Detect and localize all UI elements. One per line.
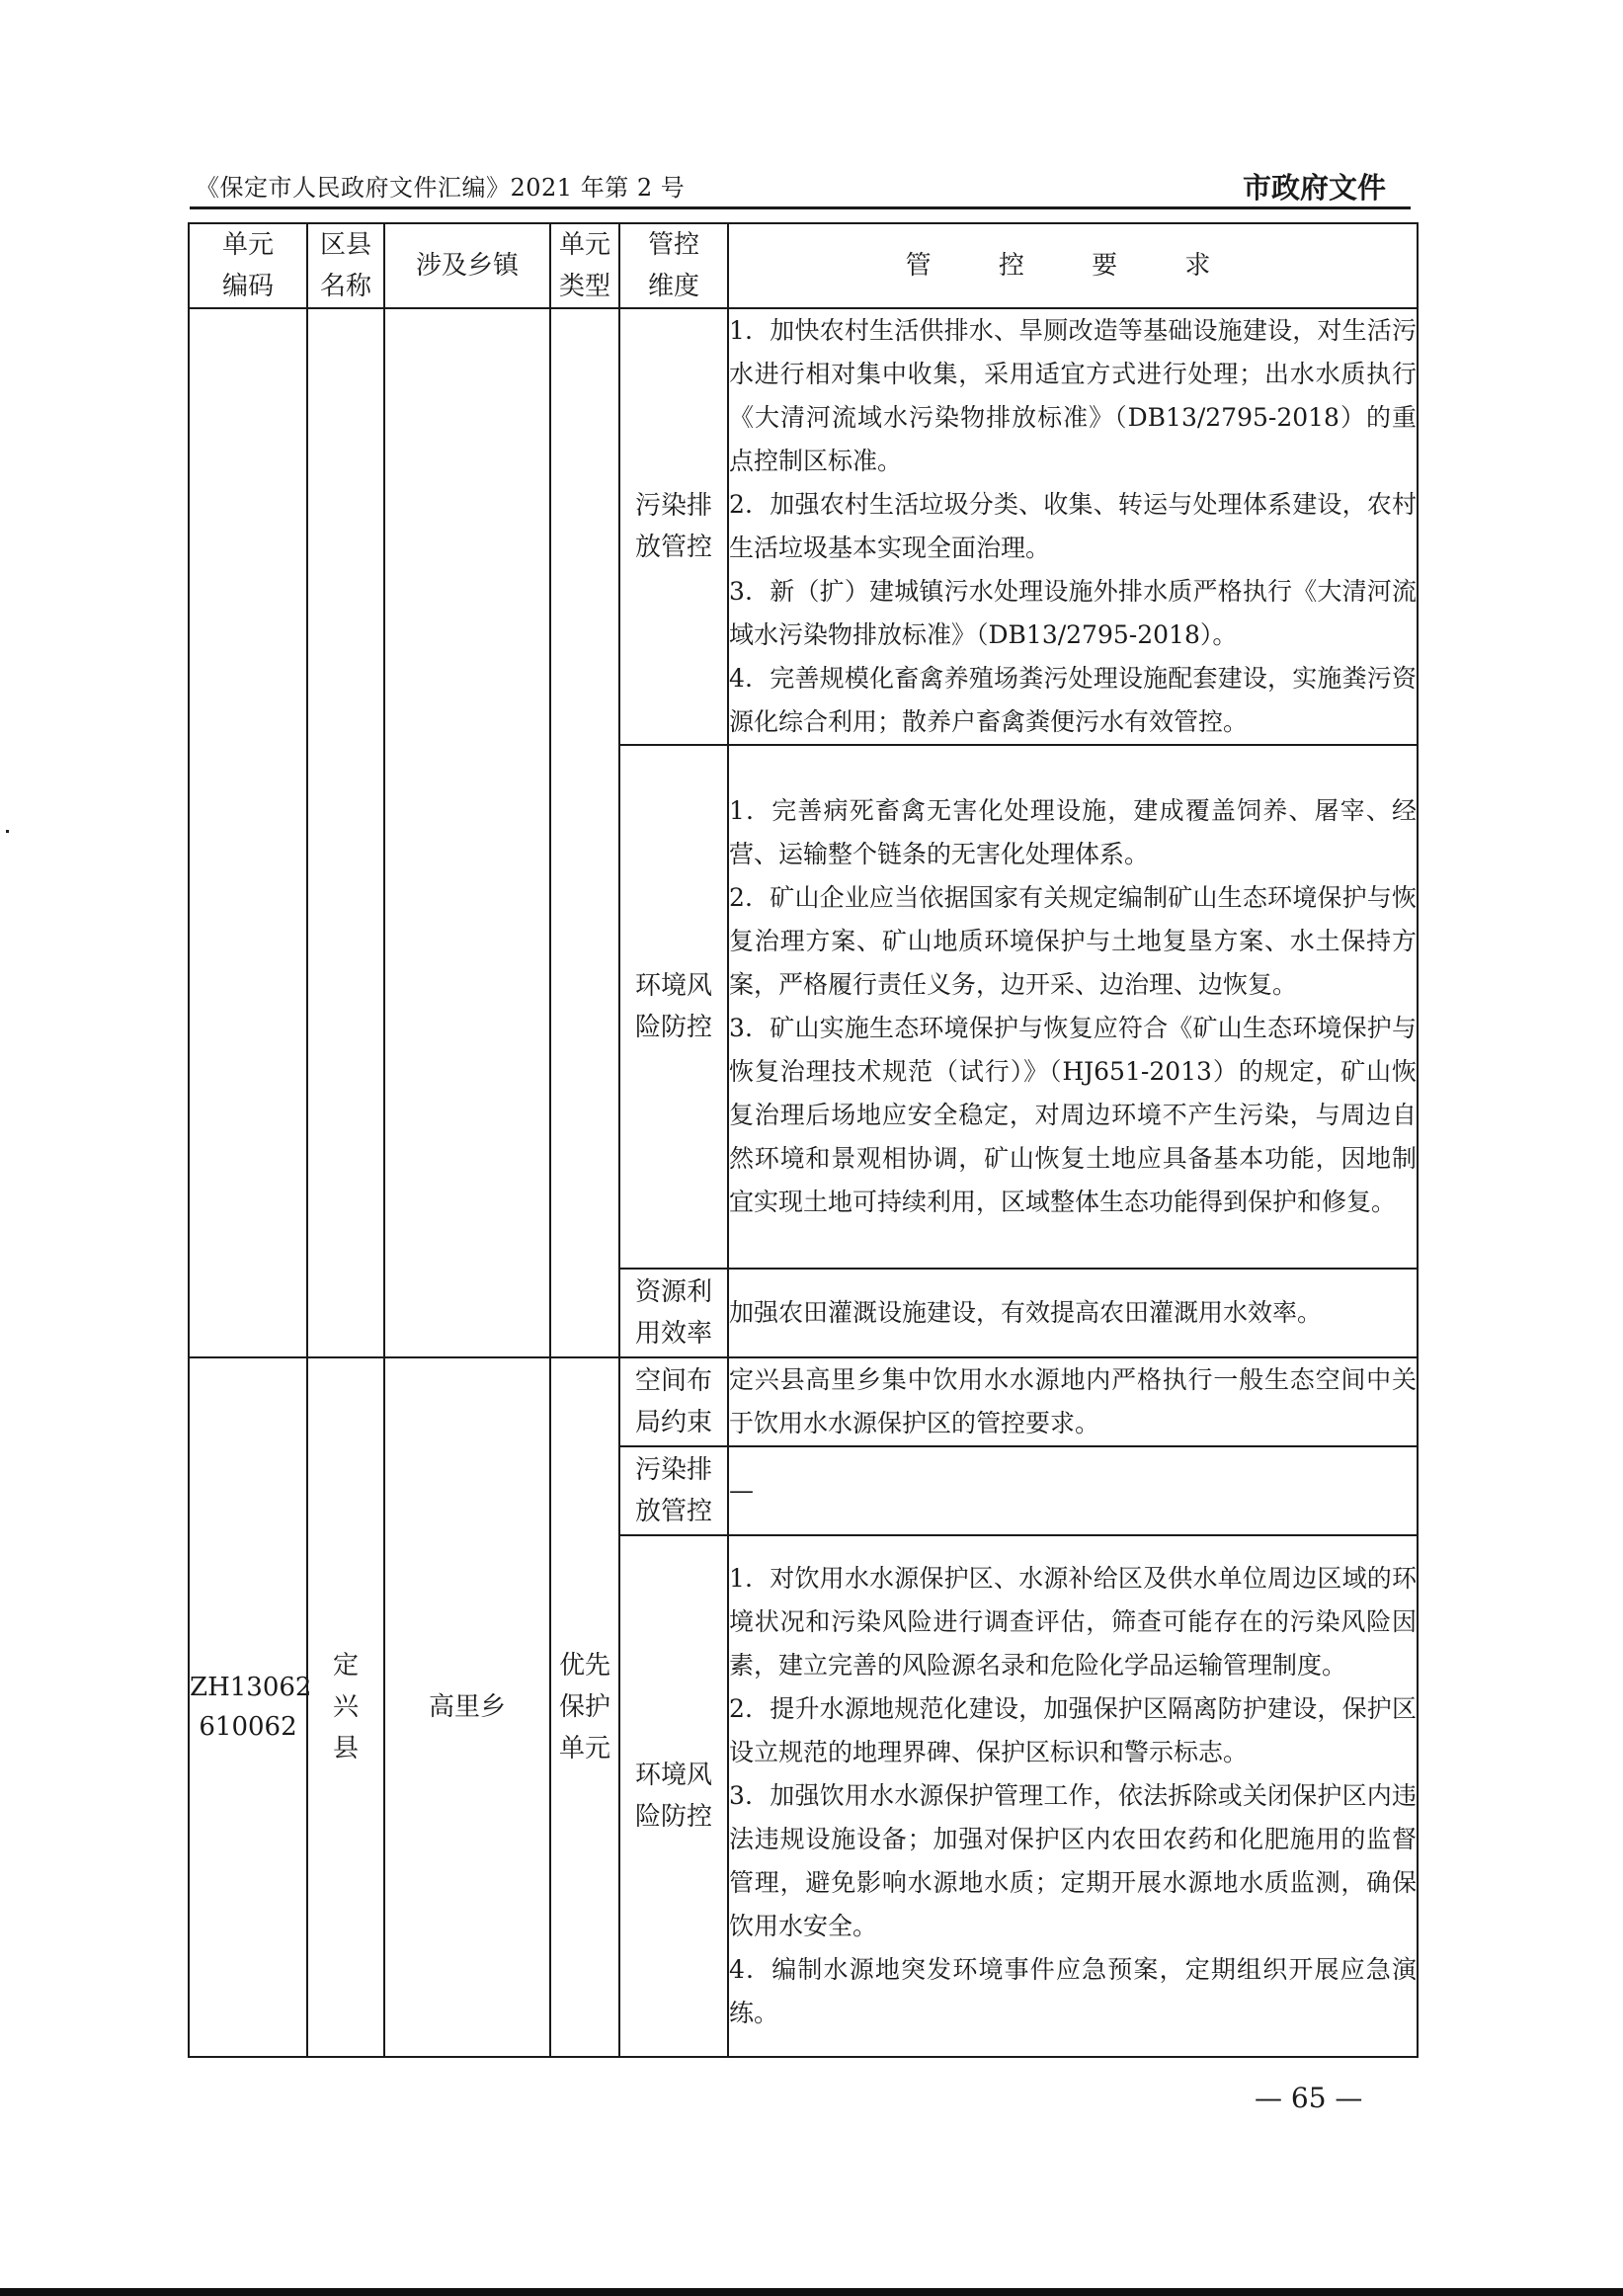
cell-township-continued [384,308,550,1357]
cell-county-continued [307,308,384,1357]
col-header-unit-type: 单元类型 [550,223,619,308]
table-row: ZH13062 610062 定兴县 高里乡 优先保护单元 空间布局约束 定兴县… [189,1357,1418,1446]
cell-unit-type: 优先保护单元 [550,1357,619,2057]
requirement-item: 1．完善病死畜禽无害化处理设施，建成覆盖饲养、屠宰、经营、运输整个链条的无害化处… [729,789,1417,876]
running-head-publication: 《保定市人民政府文件汇编》2021 年第 2 号 [196,168,685,203]
requirement-item: 2．矿山企业应当依据国家有关规定编制矿山生态环境保护与恢复治理方案、矿山地质环境… [729,876,1417,1007]
requirement-item: 3．矿山实施生态环境保护与恢复应符合《矿山生态环境保护与恢复治理技术规范（试行）… [729,1007,1417,1224]
col-header-dimension: 管控维度 [619,223,728,308]
cell-requirements: 1．完善病死畜禽无害化处理设施，建成覆盖饲养、屠宰、经营、运输整个链条的无害化处… [728,745,1418,1269]
requirement-item: 2．提升水源地规范化建设，加强保护区隔离防护建设，保护区设立规范的地理界碑、保护… [729,1687,1417,1774]
requirement-item: 3．新（扩）建城镇污水处理设施外排水质严格执行《大清河流域水污染物排放标准》（D… [729,570,1417,657]
requirement-item: 1．对饮用水水源保护区、水源补给区及供水单位周边区域的环境状况和污染风险进行调查… [729,1557,1417,1687]
section-tag: 市政府文件 [1243,166,1386,206]
cell-county: 定兴县 [307,1357,384,2057]
col-header-requirements: 管 控 要 求 [728,223,1418,308]
requirement-item: 加强农田灌溉设施建设，有效提高农田灌溉用水效率。 [729,1291,1417,1335]
cell-township: 高里乡 [384,1357,550,2057]
cell-requirements: 1．对饮用水水源保护区、水源补给区及供水单位周边区域的环境状况和污染风险进行调查… [728,1535,1418,2057]
requirement-item: 3．加强饮用水水源保护管理工作，依法拆除或关闭保护区内违法违规设施设备；加强对保… [729,1774,1417,1948]
cell-dimension: 污染排放管控 [619,1446,728,1535]
requirement-item: 4．编制水源地突发环境事件应急预案，定期组织开展应急演练。 [729,1948,1417,2035]
cell-unit-type-continued [550,308,619,1357]
requirement-item: — [729,1469,1417,1513]
cell-dimension: 空间布局约束 [619,1357,728,1446]
cell-dimension: 环境风险防控 [619,1535,728,2057]
cell-requirements: 定兴县高里乡集中饮用水水源地内严格执行一般生态空间中关于饮用水水源保护区的管控要… [728,1357,1418,1446]
cell-unit-code-continued [189,308,307,1357]
control-requirements-table: 单元编码 区县名称 涉及乡镇 单元类型 管控维度 管 控 要 求 污染排放管控 … [188,222,1419,2058]
scan-bottom-edge [0,2288,1623,2296]
requirement-item: 4．完善规模化畜禽养殖场粪污处理设施配套建设，实施粪污资源化综合利用；散养户畜禽… [729,657,1417,744]
requirement-item: 1．加快农村生活供排水、旱厕改造等基础设施建设，对生活污水进行相对集中收集，采用… [729,309,1417,483]
header-rule [190,206,1411,209]
requirement-item: 定兴县高里乡集中饮用水水源地内严格执行一般生态空间中关于饮用水水源保护区的管控要… [729,1358,1417,1445]
page-number: — 65 — [1255,2082,1362,2114]
col-header-unit-code: 单元编码 [189,223,307,308]
requirement-item: 2．加强农村生活垃圾分类、收集、转运与处理体系建设，农村生活垃圾基本实现全面治理… [729,483,1417,570]
cell-dimension: 环境风险防控 [619,745,728,1269]
cell-dimension: 污染排放管控 [619,308,728,745]
table-header-row: 单元编码 区县名称 涉及乡镇 单元类型 管控维度 管 控 要 求 [189,223,1418,308]
cell-requirements: 加强农田灌溉设施建设，有效提高农田灌溉用水效率。 [728,1269,1418,1357]
cell-requirements: — [728,1446,1418,1535]
table-row: 污染排放管控 1．加快农村生活供排水、旱厕改造等基础设施建设，对生活污水进行相对… [189,308,1418,745]
cell-dimension: 资源利用效率 [619,1269,728,1357]
cell-unit-code: ZH13062 610062 [189,1357,307,2057]
col-header-county: 区县名称 [307,223,384,308]
scan-artifact [6,830,9,833]
cell-requirements: 1．加快农村生活供排水、旱厕改造等基础设施建设，对生活污水进行相对集中收集，采用… [728,308,1418,745]
col-header-township: 涉及乡镇 [384,223,550,308]
